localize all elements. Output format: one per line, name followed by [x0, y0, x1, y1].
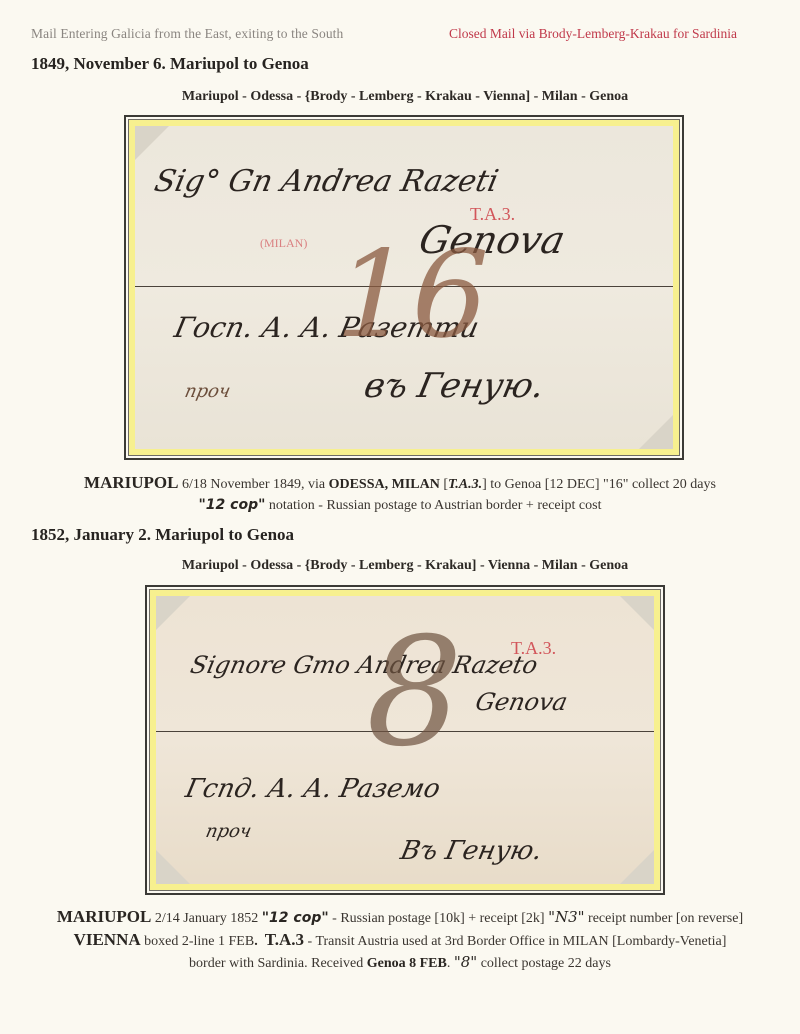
cover-mat-1852: T.A.3. Signore Gmo Andrea Razeto Genova …	[149, 589, 661, 891]
cover-image-1849: Sig° Gn Andrea Razeti T.A.3. (MILAN) Gen…	[135, 126, 673, 449]
route-1849: Mariupol - Odessa - {Brody - Lemberg - K…	[0, 89, 800, 105]
caption-1852: MARIUPOL 2/14 January 1852 "12 cop" - Ru…	[0, 906, 800, 974]
collect-mark: 8	[348, 606, 480, 780]
cover-frame-1849: Sig° Gn Andrea Razeti T.A.3. (MILAN) Gen…	[124, 115, 684, 460]
milan-stamp: (MILAN)	[260, 236, 307, 251]
address-line-1: Signore Gmo Andrea Razeto	[188, 651, 540, 679]
address-line-5: проч	[183, 381, 233, 402]
page-header-right: Closed Mail via Brody-Lemberg-Krakau for…	[449, 26, 737, 42]
collect-mark: 16	[320, 226, 502, 365]
address-line-2: Genova	[473, 688, 570, 716]
address-line-1: Sig° Gn Andrea Razeti	[151, 164, 501, 199]
cover-frame-1852: T.A.3. Signore Gmo Andrea Razeto Genova …	[145, 585, 665, 895]
page-header-left: Mail Entering Galicia from the East, exi…	[31, 26, 343, 42]
section-title-1852: 1852, January 2. Mariupol to Genoa	[31, 525, 294, 545]
cover-image-1852: T.A.3. Signore Gmo Andrea Razeto Genova …	[156, 596, 654, 884]
address-line-4: въ Геную.	[361, 366, 548, 406]
caption-1849: MARIUPOL 6/18 November 1849, via ODESSA,…	[0, 472, 800, 516]
section-title-1849: 1849, November 6. Mariupol to Genoa	[31, 54, 309, 74]
cover-mat-1849: Sig° Gn Andrea Razeti T.A.3. (MILAN) Gen…	[128, 119, 680, 456]
address-line-4: Въ Геную.	[398, 836, 545, 866]
route-1852: Mariupol - Odessa - {Brody - Lemberg - K…	[0, 558, 800, 574]
address-line-5: проч	[204, 821, 254, 842]
